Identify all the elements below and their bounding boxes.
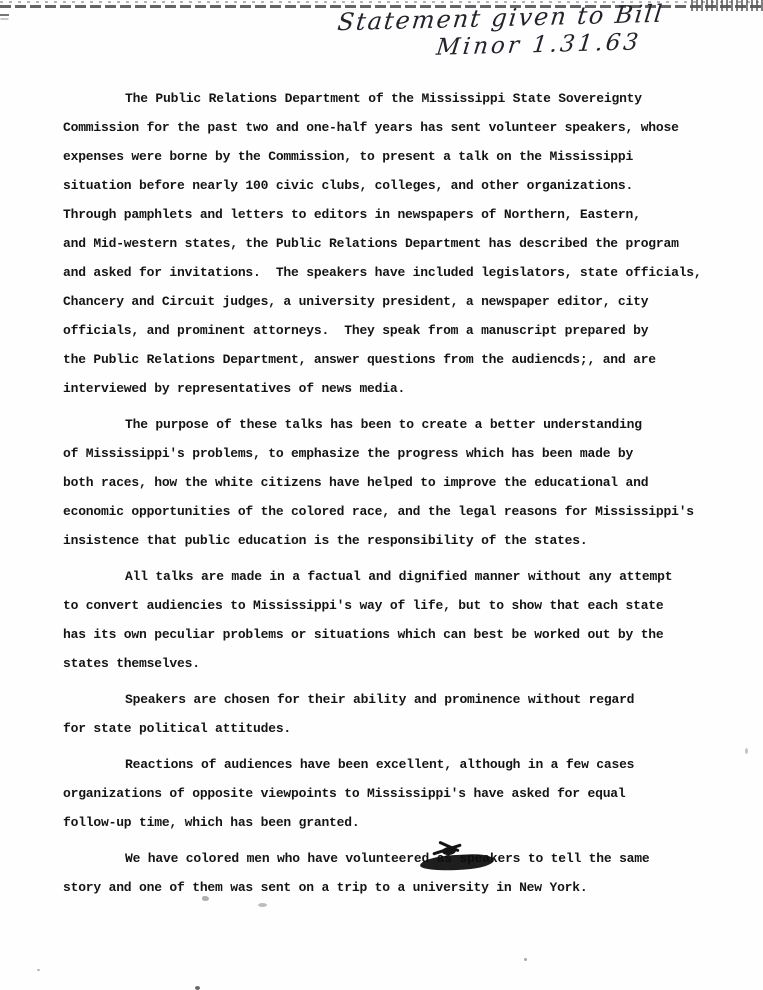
typed-line: has its own peculiar problems or situati… [63,620,723,649]
scan-speck [195,986,200,990]
handwritten-line-2: Minor 1.31.63 [435,29,666,61]
ink-scribble-mark [430,838,468,858]
scan-left-edge-mark [0,14,9,16]
typed-line: Commission for the past two and one-half… [63,113,723,142]
typed-line: story and one of them was sent on a trip… [63,873,723,902]
typed-line: follow-up time, which has been granted. [63,808,723,837]
typed-line: Chancery and Circuit judges, a universit… [63,287,723,316]
typed-line: insistence that public education is the … [63,526,723,555]
paragraph: Speakers are chosen for their ability an… [63,685,723,743]
typed-line: and asked for invitations. The speakers … [63,258,723,287]
scanned-document-page: Statement given to Bill Minor 1.31.63 Th… [0,0,763,990]
typed-line: The Public Relations Department of the M… [63,84,723,113]
typed-line: of Mississippi's problems, to emphasize … [63,439,723,468]
scan-speck [258,903,267,907]
typed-line: and Mid-western states, the Public Relat… [63,229,723,258]
typed-line: All talks are made in a factual and dign… [63,562,723,591]
scan-speck [745,748,748,754]
typed-line: organizations of opposite viewpoints to … [63,779,723,808]
typed-line: officials, and prominent attorneys. They… [63,316,723,345]
typed-line: Reactions of audiences have been excelle… [63,750,723,779]
scan-speck [37,969,40,971]
typed-line: Speakers are chosen for their ability an… [63,685,723,714]
paragraph: Reactions of audiences have been excelle… [63,750,723,837]
typed-line: economic opportunities of the colored ra… [63,497,723,526]
typed-line: states themselves. [63,649,723,678]
typed-line: Through pamphlets and letters to editors… [63,200,723,229]
typed-line: The purpose of these talks has been to c… [63,410,723,439]
paragraph: All talks are made in a factual and dign… [63,562,723,678]
paragraph: The Public Relations Department of the M… [63,84,723,403]
typed-line: the Public Relations Department, answer … [63,345,723,374]
handwritten-annotation: Statement given to Bill Minor 1.31.63 [337,0,665,63]
paragraph: We have colored men who have volunteered… [63,844,723,902]
scan-speck [202,896,209,901]
typed-line: both races, how the white citizens have … [63,468,723,497]
typed-body: The Public Relations Department of the M… [63,84,723,902]
typed-line: to convert audiencies to Mississippi's w… [63,591,723,620]
typed-line: for state political attitudes. [63,714,723,743]
typed-line: situation before nearly 100 civic clubs,… [63,171,723,200]
paragraph: The purpose of these talks has been to c… [63,410,723,555]
typed-line: We have colored men who have volunteered… [63,844,723,873]
scan-corner-artifact [691,0,763,11]
typed-line: expenses were borne by the Commission, t… [63,142,723,171]
scan-speck [524,958,527,961]
typed-line: interviewed by representatives of news m… [63,374,723,403]
